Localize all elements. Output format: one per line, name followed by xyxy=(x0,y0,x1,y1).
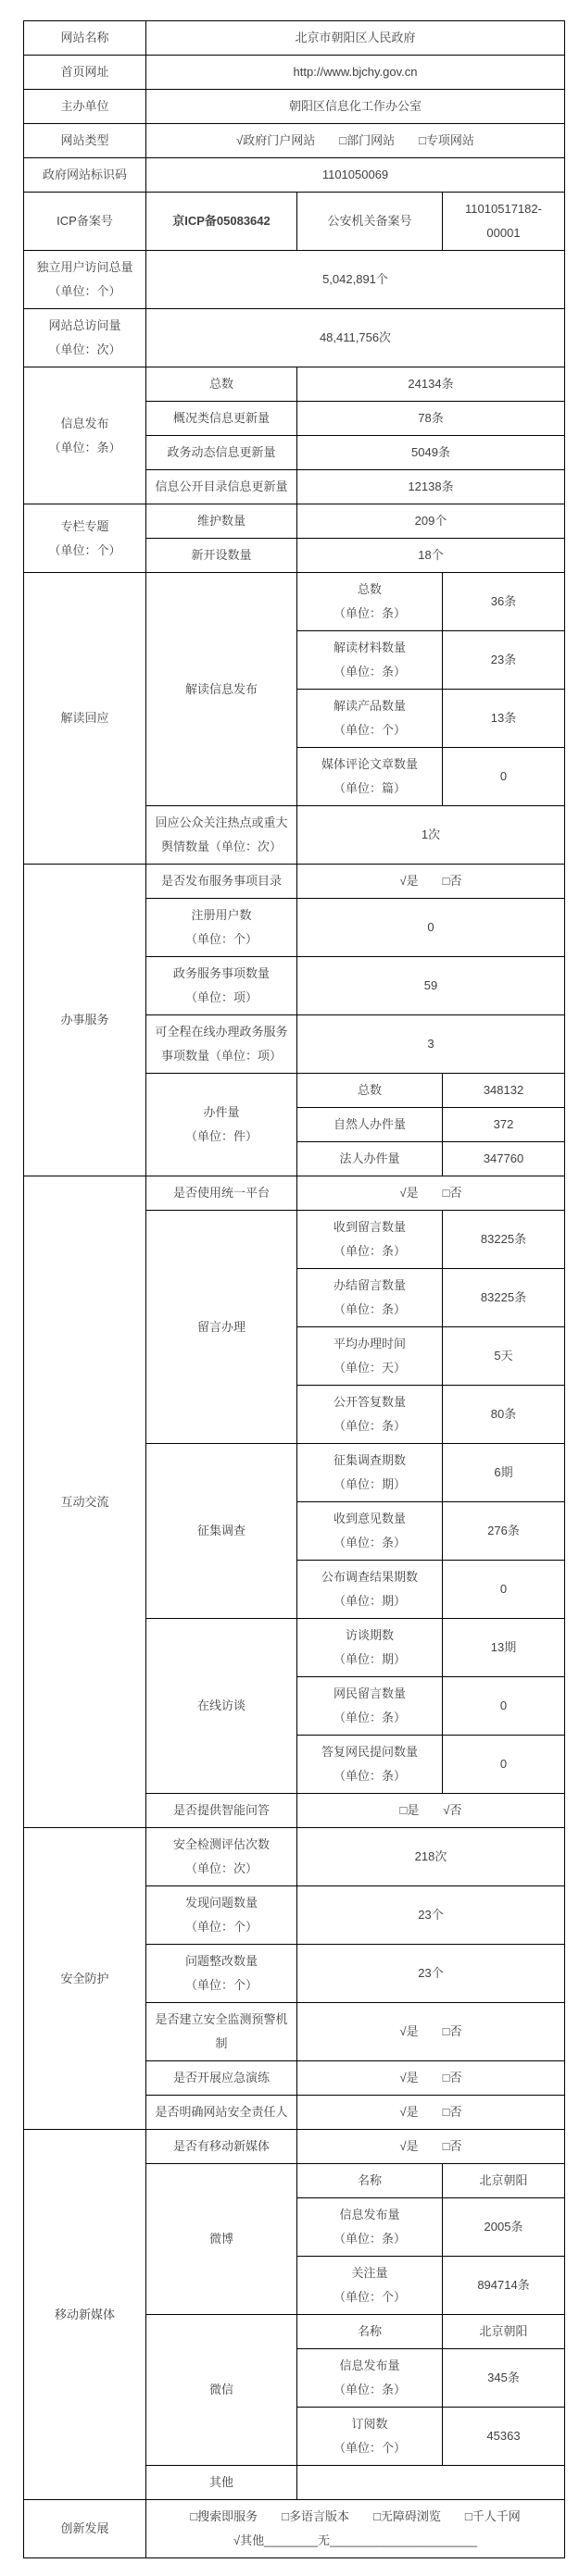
label-line: 平均办理时间 xyxy=(305,1332,434,1356)
services-item-value: 3 xyxy=(297,1015,565,1074)
weibo-item-value: 2005条 xyxy=(443,2198,565,2257)
label-line: 网民留言数量 xyxy=(305,1682,434,1706)
unit-line: （单位：条） xyxy=(305,1531,434,1555)
table-row: 网站名称 北京市朝阳区人民政府 xyxy=(24,21,565,56)
other-media-label: 其他 xyxy=(146,2466,297,2500)
section-innovation: 创新发展 xyxy=(24,2500,146,2558)
label-line: 公开答复数量 xyxy=(305,1390,434,1414)
label-line: 专栏专题 xyxy=(31,515,138,539)
label-line: 访谈期数 xyxy=(305,1624,434,1648)
unified-platform-value: √是 □否 xyxy=(297,1176,565,1211)
info-release-item-label: 总数 xyxy=(146,367,297,402)
section-security: 安全防护 xyxy=(24,1828,146,2130)
unit-line: （单位：期） xyxy=(305,1648,434,1672)
wechat-item-value: 45363 xyxy=(443,2408,565,2466)
message-handling-label: 留言办理 xyxy=(146,1211,297,1444)
unit-line: （单位：项） xyxy=(154,986,289,1010)
unit-line: （单位：条） xyxy=(305,1706,434,1730)
services-item-label: 注册用户数 （单位：个） xyxy=(146,899,297,957)
police-record-value: 11010517182-00001 xyxy=(443,193,565,251)
services-item-value: 59 xyxy=(297,957,565,1015)
message-item-value: 83225条 xyxy=(443,1211,565,1269)
label-line: 总数 xyxy=(305,578,434,602)
has-new-media-label: 是否有移动新媒体 xyxy=(146,2130,297,2164)
unit-line: （单位：期） xyxy=(305,1473,434,1497)
gov-website-annual-report-table: 网站名称 北京市朝阳区人民政府 首页网址 http://www.bjchy.go… xyxy=(23,20,565,2558)
wechat-item-value: 北京朝阳 xyxy=(443,2315,565,2349)
message-item-value: 5天 xyxy=(443,1327,565,1386)
info-release-item-label: 概况类信息更新量 xyxy=(146,402,297,436)
home-url-label: 首页网址 xyxy=(24,56,146,90)
label-line: 信息发布量 xyxy=(305,2354,434,2378)
has-new-media-value: √是 □否 xyxy=(297,2130,565,2164)
special-columns-item-label: 维护数量 xyxy=(146,504,297,539)
security-item-label: 安全检测评估次数 （单位：次） xyxy=(146,1828,297,1886)
label-line: 公布调查结果期数 xyxy=(305,1565,434,1589)
smart-qa-value: □是 √否 xyxy=(297,1794,565,1828)
public-response-label: 回应公众关注热点或重大舆情数量（单位：次） xyxy=(146,806,297,865)
service-catalog-value: √是 □否 xyxy=(297,865,565,899)
unit-line: （单位：个） xyxy=(31,539,138,563)
home-url-value: http://www.bjchy.gov.cn xyxy=(146,56,565,90)
table-row: 安全防护 安全检测评估次数 （单位：次） 218次 xyxy=(24,1828,565,1886)
label-line: 是否明确网站安全责任人 xyxy=(154,2100,289,2124)
wechat-item-label: 订阅数 （单位：个） xyxy=(297,2408,443,2466)
security-item-label: 发现问题数量 （单位：个） xyxy=(146,1886,297,1945)
wechat-item-label: 信息发布量 （单位：条） xyxy=(297,2349,443,2408)
section-interaction: 互动交流 xyxy=(24,1176,146,1828)
unit-line: （单位：次） xyxy=(31,338,138,362)
info-release-item-value: 12138条 xyxy=(297,470,565,504)
case-volume-item-label: 法人办件量 xyxy=(297,1142,443,1176)
interpretation-item-value: 36条 xyxy=(443,573,565,631)
interview-item-value: 0 xyxy=(443,1736,565,1794)
section-special-columns: 专栏专题 （单位：个） xyxy=(24,504,146,573)
info-release-item-value: 78条 xyxy=(297,402,565,436)
message-item-label: 办结留言数量 （单位：条） xyxy=(297,1269,443,1327)
interpretation-item-value: 13条 xyxy=(443,690,565,748)
unit-line: （单位：条） xyxy=(305,602,434,626)
special-columns-item-label: 新开设数量 xyxy=(146,539,297,573)
unit-line: （单位：件） xyxy=(154,1125,289,1149)
interview-item-label: 访谈期数 （单位：期） xyxy=(297,1619,443,1677)
survey-item-label: 征集调查期数 （单位：期） xyxy=(297,1444,443,1502)
security-item-value: 218次 xyxy=(297,1828,565,1886)
organizer-label: 主办单位 xyxy=(24,90,146,124)
survey-label: 征集调查 xyxy=(146,1444,297,1619)
total-visits-value: 48,411,756次 xyxy=(146,309,565,367)
unit-line: （单位：条） xyxy=(305,2378,434,2402)
label-line: 信息发布 xyxy=(31,412,138,436)
interpretation-item-label: 总数 （单位：条） xyxy=(297,573,443,631)
wechat-label: 微信 xyxy=(146,2315,297,2466)
special-columns-item-value: 18个 xyxy=(297,539,565,573)
interview-label: 在线访谈 xyxy=(146,1619,297,1794)
report-page: 网站名称 北京市朝阳区人民政府 首页网址 http://www.bjchy.go… xyxy=(0,0,579,2576)
table-row: 专栏专题 （单位：个） 维护数量 209个 xyxy=(24,504,565,539)
site-code-label: 政府网站标识码 xyxy=(24,158,146,193)
unit-line: （单位：条） xyxy=(305,1414,434,1438)
security-item-value: √是 □否 xyxy=(297,2003,565,2061)
info-release-item-label: 信息公开目录信息更新量 xyxy=(146,470,297,504)
label-line: 独立用户访问总量 xyxy=(31,255,138,280)
other-media-value xyxy=(297,2466,565,2500)
special-columns-item-value: 209个 xyxy=(297,504,565,539)
table-row: 解读回应 解读信息发布 总数 （单位：条） 36条 xyxy=(24,573,565,631)
label-line: 发现问题数量 xyxy=(154,1891,289,1915)
section-new-media: 移动新媒体 xyxy=(24,2130,146,2500)
case-volume-label: 办件量 （单位：件） xyxy=(146,1074,297,1176)
security-item-label: 是否开展应急演练 xyxy=(146,2061,297,2096)
label-line: 订阅数 xyxy=(305,2412,434,2436)
table-row: 首页网址 http://www.bjchy.gov.cn xyxy=(24,56,565,90)
message-item-label: 平均办理时间 （单位：天） xyxy=(297,1327,443,1386)
case-volume-item-value: 372 xyxy=(443,1108,565,1142)
label-line: 办件量 xyxy=(154,1101,289,1125)
unit-line: （单位：个） xyxy=(305,2285,434,2309)
unit-line: （单位：个） xyxy=(305,2436,434,2460)
site-name-label: 网站名称 xyxy=(24,21,146,56)
total-visits-label: 网站总访问量 （单位：次） xyxy=(24,309,146,367)
unified-platform-label: 是否使用统一平台 xyxy=(146,1176,297,1211)
label-line: 安全检测评估次数 xyxy=(154,1833,289,1857)
label-line: 解读产品数量 xyxy=(305,694,434,718)
innovation-value: □搜索即服务 □多语言版本 □无障碍浏览 □千人千网 √其他________无_… xyxy=(146,2500,565,2558)
unit-line: （单位：个） xyxy=(31,280,138,304)
case-volume-item-label: 自然人办件量 xyxy=(297,1108,443,1142)
label-line: 办结留言数量 xyxy=(305,1274,434,1298)
weibo-label: 微博 xyxy=(146,2164,297,2315)
security-item-label: 问题整改数量 （单位：个） xyxy=(146,1945,297,2003)
security-item-value: 23个 xyxy=(297,1886,565,1945)
unit-line: （单位：条） xyxy=(305,1298,434,1322)
innovation-options-line: □搜索即服务 □多语言版本 □无障碍浏览 □千人千网 xyxy=(154,2505,557,2529)
message-item-value: 80条 xyxy=(443,1386,565,1444)
unit-line: （单位：篇） xyxy=(305,777,434,801)
site-name-value: 北京市朝阳区人民政府 xyxy=(146,21,565,56)
unit-line: （单位：条） xyxy=(305,2227,434,2251)
unique-visitors-value: 5,042,891个 xyxy=(146,251,565,309)
label-line: 问题整改数量 xyxy=(154,1949,289,1973)
table-row: 互动交流 是否使用统一平台 √是 □否 xyxy=(24,1176,565,1211)
unit-line: （单位：条） xyxy=(305,1239,434,1263)
unit-line: （单位：个） xyxy=(154,1915,289,1939)
unit-line: （单位：条） xyxy=(305,1764,434,1788)
police-record-label: 公安机关备案号 xyxy=(297,193,443,251)
table-row: 政府网站标识码 1101050069 xyxy=(24,158,565,193)
section-info-release: 信息发布 （单位：条） xyxy=(24,367,146,504)
label-line: 是否开展应急演练 xyxy=(154,2066,289,2090)
security-item-value: √是 □否 xyxy=(297,2061,565,2096)
label-line: 信息发布量 xyxy=(305,2203,434,2227)
case-volume-item-label: 总数 xyxy=(297,1074,443,1108)
unit-line: （单位：天） xyxy=(305,1356,434,1380)
survey-item-label: 收到意见数量 （单位：条） xyxy=(297,1502,443,1561)
label-line: 可全程在线办理政务服务事项数量（单位：项） xyxy=(154,1020,289,1068)
label-line: 答复网民提问数量 xyxy=(305,1740,434,1764)
weibo-item-label: 关注量 （单位：个） xyxy=(297,2257,443,2315)
label-line: 政务服务事项数量 xyxy=(154,962,289,986)
public-response-value: 1次 xyxy=(297,806,565,865)
service-catalog-label: 是否发布服务事项目录 xyxy=(146,865,297,899)
smart-qa-label: 是否提供智能问答 xyxy=(146,1794,297,1828)
weibo-item-value: 894714条 xyxy=(443,2257,565,2315)
table-row: 移动新媒体 是否有移动新媒体 √是 □否 xyxy=(24,2130,565,2164)
label-line: 名称 xyxy=(305,2169,434,2193)
weibo-item-label: 信息发布量 （单位：条） xyxy=(297,2198,443,2257)
interpretation-item-value: 0 xyxy=(443,748,565,806)
label-line: 注册用户数 xyxy=(154,903,289,927)
info-release-item-value: 5049条 xyxy=(297,436,565,470)
info-release-item-label: 政务动态信息更新量 xyxy=(146,436,297,470)
message-item-label: 公开答复数量 （单位：条） xyxy=(297,1386,443,1444)
unique-visitors-label: 独立用户访问总量 （单位：个） xyxy=(24,251,146,309)
weibo-item-value: 北京朝阳 xyxy=(443,2164,565,2198)
interview-item-value: 13期 xyxy=(443,1619,565,1677)
unit-line: （单位：个） xyxy=(305,718,434,742)
security-item-label: 是否明确网站安全责任人 xyxy=(146,2096,297,2130)
label-line: 媒体评论文章数量 xyxy=(305,753,434,777)
interpretation-publish-label: 解读信息发布 xyxy=(146,573,297,806)
services-item-value: 0 xyxy=(297,899,565,957)
label-line: 收到留言数量 xyxy=(305,1215,434,1239)
interpretation-item-label: 媒体评论文章数量 （单位：篇） xyxy=(297,748,443,806)
message-item-label: 收到留言数量 （单位：条） xyxy=(297,1211,443,1269)
section-interpretation: 解读回应 xyxy=(24,573,146,865)
security-item-value: √是 □否 xyxy=(297,2096,565,2130)
table-row: 信息发布 （单位：条） 总数 24134条 xyxy=(24,367,565,402)
unit-line: （单位：个） xyxy=(154,927,289,952)
interpretation-item-label: 解读材料数量 （单位：条） xyxy=(297,631,443,690)
interpretation-item-label: 解读产品数量 （单位：个） xyxy=(297,690,443,748)
services-item-label: 可全程在线办理政务服务事项数量（单位：项） xyxy=(146,1015,297,1074)
table-row: 网站类型 √政府门户网站 □部门网站 □专项网站 xyxy=(24,124,565,158)
table-row: 办事服务 是否发布服务事项目录 √是 □否 xyxy=(24,865,565,899)
label-line: 关注量 xyxy=(305,2261,434,2285)
label-line: 是否建立安全监测预警机制 xyxy=(154,2008,289,2056)
table-row: 主办单位 朝阳区信息化工作办公室 xyxy=(24,90,565,124)
survey-item-value: 276条 xyxy=(443,1502,565,1561)
icp-label: ICP备案号 xyxy=(24,193,146,251)
section-services: 办事服务 xyxy=(24,865,146,1176)
security-item-value: 23个 xyxy=(297,1945,565,2003)
label-line: 收到意见数量 xyxy=(305,1507,434,1531)
unit-line: （单位：条） xyxy=(31,436,138,460)
info-release-item-value: 24134条 xyxy=(297,367,565,402)
table-row: 网站总访问量 （单位：次） 48,411,756次 xyxy=(24,309,565,367)
innovation-other-line: √其他________无______________________ xyxy=(154,2529,557,2553)
icp-value: 京ICP备05083642 xyxy=(146,193,297,251)
site-code-value: 1101050069 xyxy=(146,158,565,193)
label-line: 征集调查期数 xyxy=(305,1449,434,1473)
case-volume-item-value: 347760 xyxy=(443,1142,565,1176)
label-line: 网站总访问量 xyxy=(31,314,138,338)
unit-line: （单位：期） xyxy=(305,1589,434,1613)
survey-item-label: 公布调查结果期数 （单位：期） xyxy=(297,1561,443,1619)
survey-item-value: 6期 xyxy=(443,1444,565,1502)
security-item-label: 是否建立安全监测预警机制 xyxy=(146,2003,297,2061)
label-line: 解读材料数量 xyxy=(305,636,434,660)
wechat-item-label: 名称 xyxy=(297,2315,443,2349)
site-type-value: √政府门户网站 □部门网站 □专项网站 xyxy=(146,124,565,158)
unit-line: （单位：个） xyxy=(154,1973,289,1997)
unit-line: （单位：条） xyxy=(305,660,434,684)
interview-item-label: 网民留言数量 （单位：条） xyxy=(297,1677,443,1736)
interpretation-item-value: 23条 xyxy=(443,631,565,690)
table-row: 创新发展 □搜索即服务 □多语言版本 □无障碍浏览 □千人千网 √其他_____… xyxy=(24,2500,565,2558)
site-type-label: 网站类型 xyxy=(24,124,146,158)
interview-item-value: 0 xyxy=(443,1677,565,1736)
interview-item-label: 答复网民提问数量 （单位：条） xyxy=(297,1736,443,1794)
services-item-label: 政务服务事项数量 （单位：项） xyxy=(146,957,297,1015)
table-row: ICP备案号 京ICP备05083642 公安机关备案号 11010517182… xyxy=(24,193,565,251)
case-volume-item-value: 348132 xyxy=(443,1074,565,1108)
label-line: 名称 xyxy=(305,2320,434,2344)
message-item-value: 83225条 xyxy=(443,1269,565,1327)
wechat-item-value: 345条 xyxy=(443,2349,565,2408)
weibo-item-label: 名称 xyxy=(297,2164,443,2198)
organizer-value: 朝阳区信息化工作办公室 xyxy=(146,90,565,124)
unit-line: （单位：次） xyxy=(154,1857,289,1881)
table-row: 独立用户访问总量 （单位：个） 5,042,891个 xyxy=(24,251,565,309)
survey-item-value: 0 xyxy=(443,1561,565,1619)
